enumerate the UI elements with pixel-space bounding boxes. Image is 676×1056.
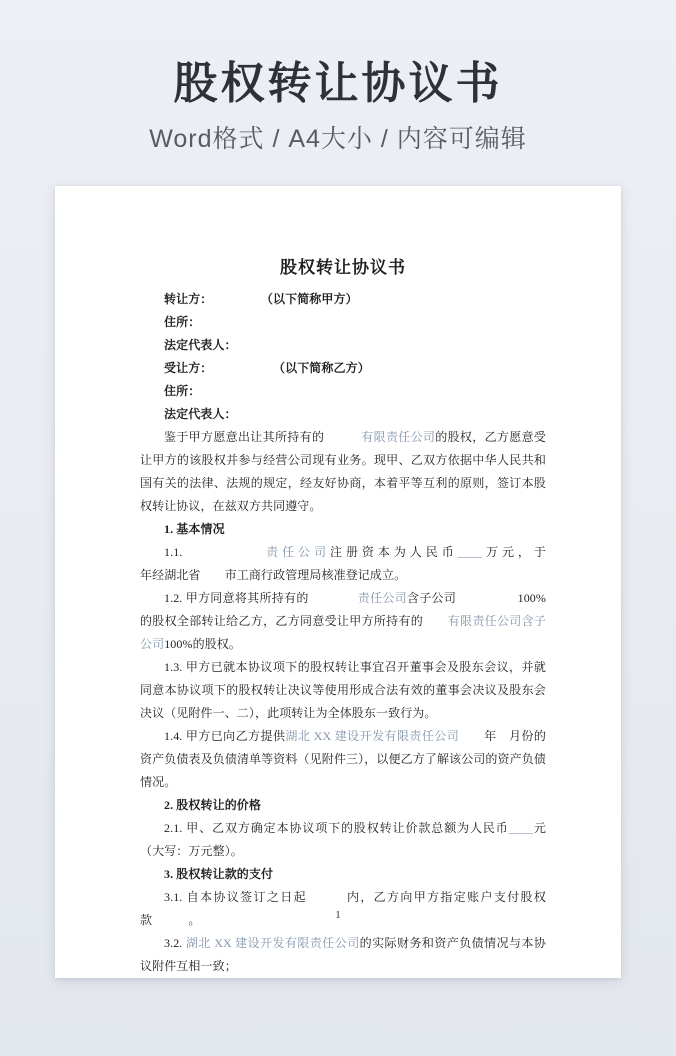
doc-title: 股权转让协议书 (140, 256, 546, 280)
text-run: 1.4. 甲方已向乙方提供 (164, 729, 285, 743)
clause-2-1: 2.1. 甲、乙双方确定本协议项下的股权转让价款总额为人民币____元（大写：万… (140, 817, 546, 863)
party-line-transferee: 受让方： （以下简称乙方） (140, 357, 546, 380)
text-run-highlight: 湖北 XX 建设开发有限责任公司 (186, 936, 360, 950)
text-run: 鉴于甲方愿意出让其所持有的 (164, 430, 361, 444)
heading-3: 3. 股权转让款的支付 (140, 863, 546, 886)
text-run-highlight: 责任公司 (266, 545, 330, 559)
text-run: 3.2. (164, 936, 186, 950)
party-line-address-1: 住所： (140, 311, 546, 334)
text-run: 转让方： （以下简称甲方） (164, 292, 358, 306)
text-run: 1. 基本情况 (164, 522, 225, 536)
text-run: 法定代表人： (164, 407, 237, 421)
text-run: 法定代表人： (164, 338, 237, 352)
page-number: 1 (55, 909, 621, 921)
preamble: 鉴于甲方愿意出让其所持有的 有限责任公司的股权，乙方愿意受让甲方的该股权并参与经… (140, 426, 546, 518)
promo-banner: 股权转让协议书 Word格式 / A4大小 / 内容可编辑 (0, 0, 676, 155)
text-run: 3. 股权转让款的支付 (164, 867, 273, 881)
clause-3-2: 3.2. 湖北 XX 建设开发有限责任公司的实际财务和资产负债情况与本协议附件互… (140, 932, 546, 978)
doc-body: 转让方： （以下简称甲方）住所：法定代表人：受让方： （以下简称乙方）住所：法定… (140, 288, 546, 978)
doc-content: 股权转让协议书 转让方： （以下简称甲方）住所：法定代表人：受让方： （以下简称… (55, 186, 621, 978)
clause-1-3: 1.3. 甲方已就本协议项下的股权转让事宜召开董事会及股东会议，并就同意本协议项… (140, 656, 546, 725)
heading-2: 2. 股权转让的价格 (140, 794, 546, 817)
banner-subtitle: Word格式 / A4大小 / 内容可编辑 (0, 119, 676, 155)
text-run: 1.2. 甲方同意将其所持有的 (164, 591, 358, 605)
text-run: 住所： (164, 384, 200, 398)
clause-1-4: 1.4. 甲方已向乙方提供湖北 XX 建设开发有限责任公司 年 月份的资产负债表… (140, 725, 546, 794)
text-run-highlight: 湖北 XX 建设开发有限责任公司 (285, 729, 459, 743)
text-run-highlight: 有限责任公司 (361, 430, 435, 444)
text-run: 100%的股权。 (164, 637, 241, 651)
text-run: 受让方： （以下简称乙方） (164, 361, 370, 375)
text-run: 住所： (164, 315, 200, 329)
text-run-highlight: 责任公司 (358, 591, 407, 605)
text-run: 2.1. 甲、乙双方确定本协议项下的股权转让价款总额为人民币 (164, 821, 509, 835)
party-line-representative-1: 法定代表人： (140, 334, 546, 357)
clause-1-1: 1.1. 责任公司注册资本为人民币____万元，于 年经湖北省 市工商行政管理局… (140, 541, 546, 587)
party-line-address-2: 住所： (140, 380, 546, 403)
party-line-representative-2: 法定代表人： (140, 403, 546, 426)
party-line-transferor: 转让方： （以下简称甲方） (140, 288, 546, 311)
heading-1: 1. 基本情况 (140, 518, 546, 541)
text-run: 2. 股权转让的价格 (164, 798, 261, 812)
document-page-preview: 股权转让协议书 转让方： （以下简称甲方）住所：法定代表人：受让方： （以下简称… (55, 186, 621, 978)
text-run-highlight: ____ (458, 545, 482, 559)
text-run: 注册资本为人民币 (330, 545, 458, 559)
text-run-highlight: ____ (509, 821, 533, 835)
text-run: 1.3. 甲方已就本协议项下的股权转让事宜召开董事会及股东会议，并就同意本协议项… (140, 660, 546, 720)
clause-1-2: 1.2. 甲方同意将其所持有的 责任公司含子公司 100%的股权全部转让给乙方，… (140, 587, 546, 656)
text-run: 1.1. (164, 545, 266, 559)
banner-title: 股权转让协议书 (0, 58, 676, 111)
